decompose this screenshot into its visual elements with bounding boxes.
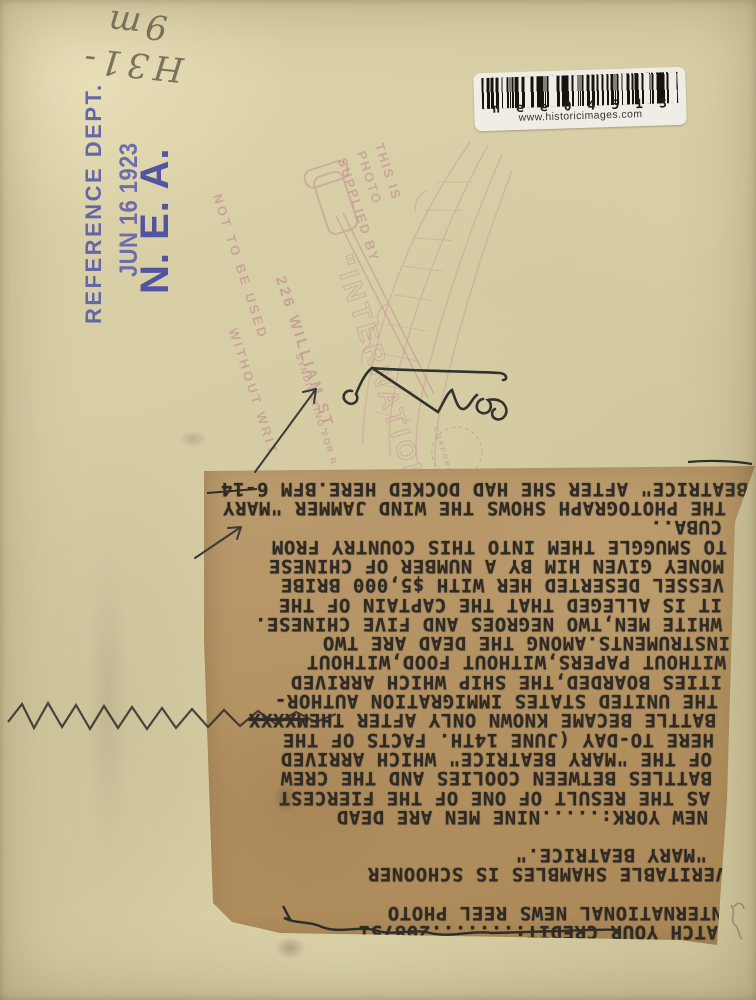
caption-line: IT IS ALLEGED THAT THE CAPTAIN OF THE <box>202 594 756 613</box>
caption-line: "MARY BEATRICE." <box>202 845 756 864</box>
caption-line: THE PHOTOGRAPH SHOWS THE WIND JAMMER "MA… <box>202 498 756 517</box>
caption-line: VERITABLE SHAMBLES IS SCHOONER <box>202 864 756 883</box>
photo-verso: H31-9m REFERENCE DEPT. JUN 16 1923 N. E.… <box>0 0 756 1000</box>
caption-line: ITIES BOARDED,THE SHIP WHICH ARRIVED <box>202 671 756 690</box>
barcode-sticker: nee04513 www.historicimages.com <box>473 67 687 132</box>
caption-line: WATCH YOUR CREDIT:.......208751 <box>202 922 756 941</box>
caption-line: THE UNITED STATES IMMIGRATION AUTHOR- <box>202 691 756 710</box>
catalog-code-handwriting: H31-9m <box>50 24 215 92</box>
caption-line: TO SMUGGLE THEM INTO THIS COUNTRY FROM <box>202 536 756 555</box>
pen-underline <box>688 461 752 464</box>
caption-line: CUBA.. <box>202 517 756 536</box>
pencil-scrawl <box>731 903 744 939</box>
caption-line: MONEY GIVEN HIM BY A NUMBER OF CHINESE <box>202 556 756 575</box>
clipping-text: WATCH YOUR CREDIT:.......208751INTERNATI… <box>202 456 756 950</box>
caption-line: VESSEL DESERTED HER WITH $5,000 BRIBE <box>202 575 756 594</box>
supplier-stamp-address: 226 WILLIAM ST. <box>272 274 339 435</box>
crease-shadow <box>80 490 136 910</box>
caption-line: WITHOUT PAPERS,WITHOUT FOOD,WITHOUT <box>202 652 756 671</box>
caption-line: HERE TO-DAY (JUNE 14TH. FACTS OF THE <box>202 729 756 748</box>
caption-clipping: WATCH YOUR CREDIT:.......208751INTERNATI… <box>202 456 756 950</box>
reference-dept-stamp: REFERENCE DEPT. <box>81 82 107 324</box>
pencil-smudge <box>172 426 214 452</box>
caption-line: BATTLE BECAME KNOWN ONLY AFTER THEMXXXX <box>202 710 756 729</box>
nea-agency-stamp: N. E. A. <box>133 147 178 294</box>
caption-line: NEW YORK:.....NINE MEN ARE DEAD <box>202 807 756 826</box>
caption-line: INTERNATIONAL NEWS REEL PHOTO <box>202 902 756 921</box>
signature-scribble <box>344 368 507 419</box>
caption-line: WHITE MEN,TWO NEGROES AND FIVE CHINESE. <box>202 614 756 633</box>
ink-smudge <box>268 932 312 964</box>
caption-line: BEATRICE" AFTER SHE HAD DOCKED HERE.BFM … <box>202 478 756 497</box>
caption-line: INSTRUMENTS.AMONG THE DEAD ARE TWO <box>202 633 756 652</box>
caption-line: AS THE RESULT OF ONE OF THE FIERCEST <box>202 787 756 806</box>
caption-line: OF THE "MARY BEATRICE" WHICH ARRIVED <box>202 749 756 768</box>
supplier-stamp-restriction: NOT TO BE USED <box>210 192 271 341</box>
caption-line: BATTLES BETWEEN COOLIES AND THE CREW <box>202 768 756 787</box>
supplier-stamp-restriction: WITHOUT WRIT <box>226 326 282 458</box>
